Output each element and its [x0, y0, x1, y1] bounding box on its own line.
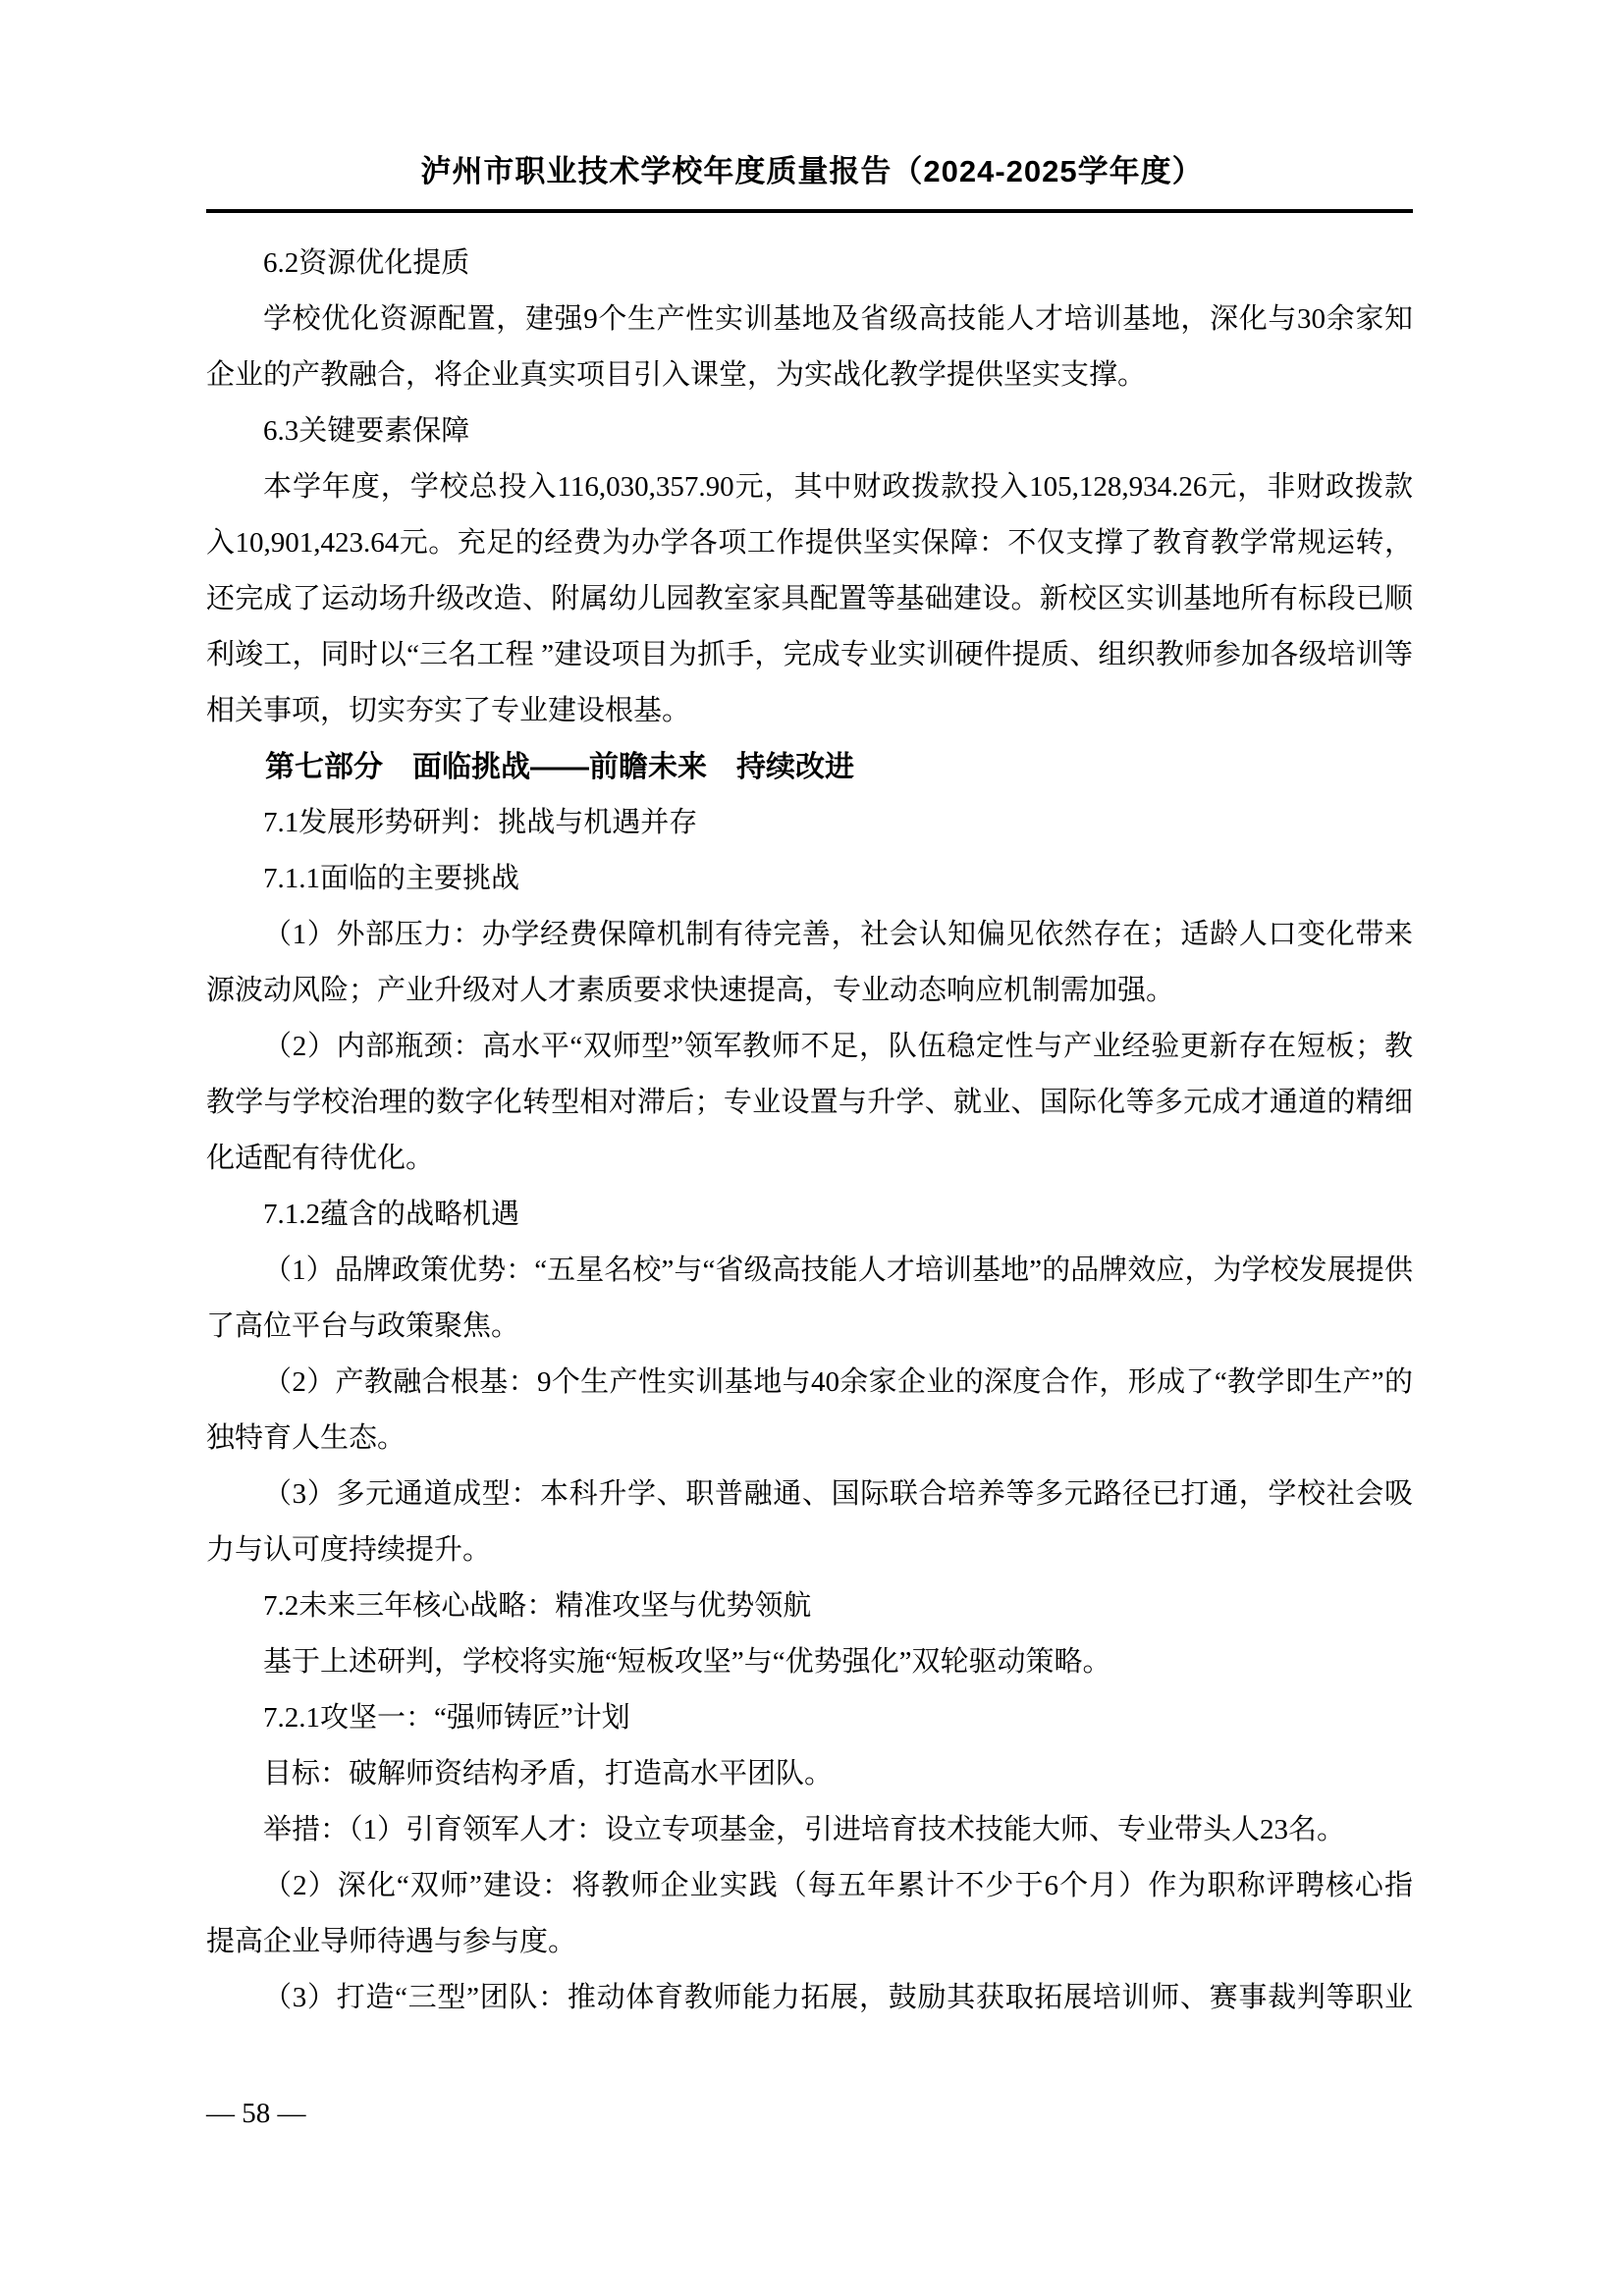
text-line: 第七部分 面临挑战——前瞻未来 持续改进: [206, 739, 1413, 795]
text-line: 提高企业导师待遇与参与度。: [206, 1914, 1413, 1970]
text-line: 力与认可度持续提升。: [206, 1522, 1413, 1578]
text-block: 7.1发展形势研判：挑战与机遇并存: [206, 795, 1413, 851]
text-block: （2）产教融合根基：9个生产性实训基地与40余家企业的深度合作，形成了“教学即生…: [206, 1355, 1413, 1467]
text-line: 本学年度，学校总投入116,030,357.90元，其中财政拨款投入105,12…: [206, 459, 1413, 515]
text-block: （3）打造“三型”团队：推动体育教师能力拓展，鼓励其获取拓展培训师、赛事裁判等职…: [206, 1970, 1413, 2026]
text-block: 学校优化资源配置，建强9个生产性实训基地及省级高技能人才培训基地，深化与30余家…: [206, 292, 1413, 403]
text-line: 6.3关键要素保障: [206, 403, 1413, 459]
text-block: 举措：（1）引育领军人才：设立专项基金，引进培育技术技能大师、专业带头人23名。: [206, 1802, 1413, 1858]
text-block: 7.2.1攻坚一：“强师铸匠”计划: [206, 1690, 1413, 1746]
text-line: 源波动风险；产业升级对人才素质要求快速提高，专业动态响应机制需加强。: [206, 963, 1413, 1019]
text-line: 还完成了运动场升级改造、附属幼儿园教室家具配置等基础建设。新校区实训基地所有标段…: [206, 571, 1413, 627]
text-line: 7.2未来三年核心战略：精准攻坚与优势领航: [206, 1578, 1413, 1634]
text-line: （2）深化“双师”建设：将教师企业实践（每五年累计不少于6个月）作为职称评聘核心…: [206, 1858, 1413, 1914]
text-line: （2）内部瓶颈：高水平“双师型”领军教师不足，队伍稳定性与产业经验更新存在短板；…: [206, 1019, 1413, 1075]
text-block: 本学年度，学校总投入116,030,357.90元，其中财政拨款投入105,12…: [206, 459, 1413, 739]
text-line: 企业的产教融合，将企业真实项目引入课堂，为实战化教学提供坚实支撑。: [206, 347, 1413, 403]
text-block: （2）深化“双师”建设：将教师企业实践（每五年累计不少于6个月）作为职称评聘核心…: [206, 1858, 1413, 1970]
text-line: 独特育人生态。: [206, 1411, 1413, 1467]
page-footer: — 58 —: [206, 2094, 306, 2133]
text-line: 利竣工，同时以“三名工程 ”建设项目为抓手，完成专业实训硬件提质、组织教师参加各…: [206, 627, 1413, 683]
text-block: （1）品牌政策优势：“五星名校”与“省级高技能人才培训基地”的品牌效应，为学校发…: [206, 1243, 1413, 1355]
text-block: 7.2未来三年核心战略：精准攻坚与优势领航: [206, 1578, 1413, 1634]
text-line: 6.2资源优化提质: [206, 236, 1413, 292]
text-line: （1）外部压力：办学经费保障机制有待完善，社会认知偏见依然存在；适龄人口变化带来…: [206, 907, 1413, 963]
text-line: （3）多元通道成型：本科升学、职普融通、国际联合培养等多元路径已打通，学校社会吸…: [206, 1467, 1413, 1522]
text-block: （3）多元通道成型：本科升学、职普融通、国际联合培养等多元路径已打通，学校社会吸…: [206, 1467, 1413, 1578]
text-line: （3）打造“三型”团队：推动体育教师能力拓展，鼓励其获取拓展培训师、赛事裁判等职…: [206, 1970, 1413, 2026]
text-line: 教学与学校治理的数字化转型相对滞后；专业设置与升学、就业、国际化等多元成才通道的…: [206, 1075, 1413, 1131]
text-line: 目标：破解师资结构矛盾，打造高水平团队。: [206, 1746, 1413, 1802]
text-line: 相关事项，切实夯实了专业建设根基。: [206, 683, 1413, 739]
text-line: 入10,901,423.64元。充足的经费为办学各项工作提供坚实保障：不仅支撑了…: [206, 515, 1413, 571]
text-line: （1）品牌政策优势：“五星名校”与“省级高技能人才培训基地”的品牌效应，为学校发…: [206, 1243, 1413, 1299]
text-block: 6.2资源优化提质: [206, 236, 1413, 292]
text-block: 7.1.2蕴含的战略机遇: [206, 1187, 1413, 1243]
text-block: 7.1.1面临的主要挑战: [206, 851, 1413, 907]
text-line: 7.1.2蕴含的战略机遇: [206, 1187, 1413, 1243]
text-line: 基于上述研判，学校将实施“短板攻坚”与“优势强化”双轮驱动策略。: [206, 1634, 1413, 1690]
text-block: （1）外部压力：办学经费保障机制有待完善，社会认知偏见依然存在；适龄人口变化带来…: [206, 907, 1413, 1019]
text-line: 了高位平台与政策聚焦。: [206, 1299, 1413, 1355]
header-rule: [206, 209, 1413, 213]
content: 6.2资源优化提质学校优化资源配置，建强9个生产性实训基地及省级高技能人才培训基…: [206, 236, 1413, 2026]
section-heading: 第七部分 面临挑战——前瞻未来 持续改进: [206, 739, 1413, 795]
text-block: 目标：破解师资结构矛盾，打造高水平团队。: [206, 1746, 1413, 1802]
document-page: 泸州市职业技术学校年度质量报告（2024-2025学年度） 6.2资源优化提质学…: [0, 0, 1624, 2296]
document-title: 泸州市职业技术学校年度质量报告（2024-2025学年度）: [0, 147, 1624, 196]
text-line: 学校优化资源配置，建强9个生产性实训基地及省级高技能人才培训基地，深化与30余家…: [206, 292, 1413, 347]
text-block: （2）内部瓶颈：高水平“双师型”领军教师不足，队伍稳定性与产业经验更新存在短板；…: [206, 1019, 1413, 1187]
text-block: 6.3关键要素保障: [206, 403, 1413, 459]
text-line: 举措：（1）引育领军人才：设立专项基金，引进培育技术技能大师、专业带头人23名。: [206, 1802, 1413, 1858]
text-line: （2）产教融合根基：9个生产性实训基地与40余家企业的深度合作，形成了“教学即生…: [206, 1355, 1413, 1411]
text-line: 7.2.1攻坚一：“强师铸匠”计划: [206, 1690, 1413, 1746]
text-block: 基于上述研判，学校将实施“短板攻坚”与“优势强化”双轮驱动策略。: [206, 1634, 1413, 1690]
text-line: 7.1.1面临的主要挑战: [206, 851, 1413, 907]
text-line: 7.1发展形势研判：挑战与机遇并存: [206, 795, 1413, 851]
text-line: 化适配有待优化。: [206, 1131, 1413, 1187]
